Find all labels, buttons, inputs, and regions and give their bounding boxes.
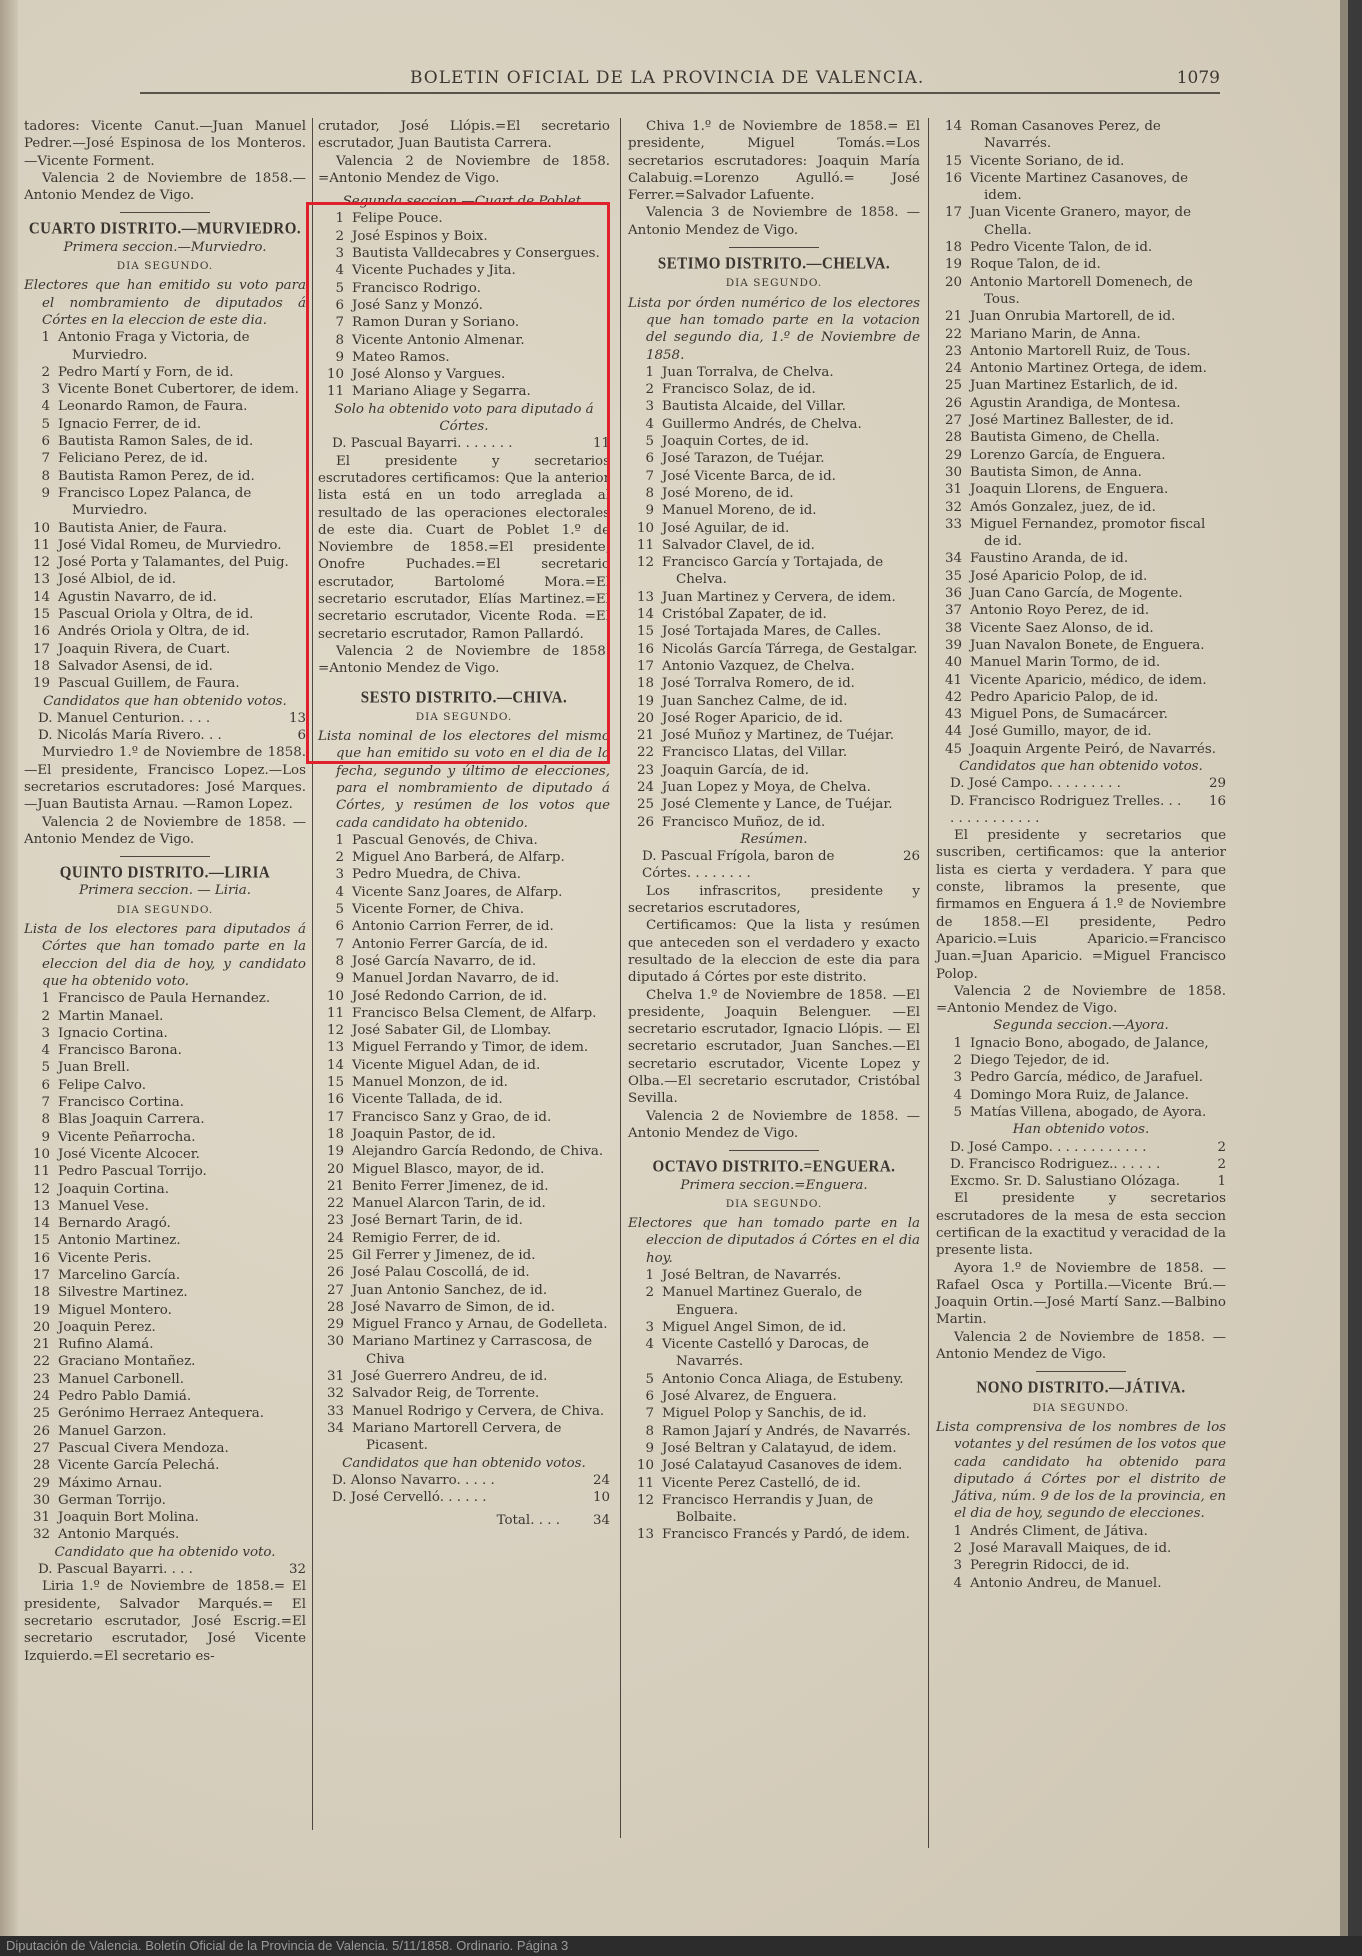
- candidate-row: D. Alonso Navarro. . . . .24: [318, 1472, 610, 1489]
- elector-number: 2: [318, 228, 352, 245]
- list-description: Lista por órden numérico de los electore…: [628, 295, 920, 364]
- elector-name: José Roger Aparicio, de id.: [662, 710, 920, 727]
- elector-entry: 26José Palau Coscollá, de id.: [318, 1264, 610, 1281]
- elector-number: 10: [24, 520, 58, 537]
- section-separator: [729, 1150, 819, 1151]
- elector-number: 43: [936, 706, 970, 723]
- column-divider: [312, 118, 313, 1830]
- elector-entry: 2Diego Tejedor, de id.: [936, 1052, 1226, 1069]
- elector-number: 18: [318, 1126, 352, 1143]
- district-title: CUARTO DISTRITO.—MURVIEDRO.: [24, 220, 306, 240]
- elector-entry: 15Manuel Monzon, de id.: [318, 1074, 610, 1091]
- elector-entry: 2Miguel Ano Barberá, de Alfarp.: [318, 849, 610, 866]
- elector-number: 11: [628, 1475, 662, 1492]
- elector-entry: 5Matías Villena, abogado, de Ayora.: [936, 1104, 1226, 1121]
- elector-entry: 26Agustin Arandiga, de Montesa.: [936, 395, 1226, 412]
- elector-name: Pedro Aparicio Palop, de id.: [970, 689, 1226, 706]
- elector-number: 8: [318, 332, 352, 349]
- elector-name: Vicente Peris.: [58, 1250, 306, 1267]
- candidate-name: Excmo. Sr. D. Salustiano Olózaga.: [950, 1173, 1186, 1190]
- elector-number: 17: [24, 641, 58, 658]
- elector-entry: 29Máximo Arnau.: [24, 1475, 306, 1492]
- elector-name: Gil Ferrer y Jimenez, de id.: [352, 1247, 610, 1264]
- elector-name: Vicente Puchades y Jita.: [352, 262, 610, 279]
- elector-entry: 18Joaquin Pastor, de id.: [318, 1126, 610, 1143]
- column-divider: [620, 118, 621, 1838]
- elector-entry: 12José Porta y Talamantes, del Puig.: [24, 554, 306, 571]
- elector-entry: 4Vicente Castelló y Darocas, de Navarrés…: [628, 1336, 920, 1371]
- candidate-votes: 32: [266, 1561, 306, 1578]
- elector-number: 19: [24, 1302, 58, 1319]
- elector-number: 30: [936, 464, 970, 481]
- elector-entry: 23Joaquin García, de id.: [628, 762, 920, 779]
- elector-entry: 32Antonio Marqués.: [24, 1526, 306, 1543]
- elector-number: 19: [628, 693, 662, 710]
- elector-number: 26: [936, 395, 970, 412]
- elector-entry: 1Felipe Pouce.: [318, 210, 610, 227]
- elector-name: José Beltran, de Navarrés.: [662, 1267, 920, 1284]
- elector-name: Pedro García, médico, de Jarafuel.: [970, 1069, 1226, 1086]
- elector-list: 1Andrés Climent, de Játiva.2José Maraval…: [936, 1523, 1226, 1592]
- closing-text: El presidente y secretarios escrutadores…: [936, 1190, 1226, 1259]
- elector-name: Lorenzo García, de Enguera.: [970, 447, 1226, 464]
- elector-number: 18: [936, 239, 970, 256]
- district-title: OCTAVO DISTRITO.=ENGUERA.: [628, 1158, 920, 1178]
- elector-entry: 3Bautista Valldecabres y Consergues.: [318, 245, 610, 262]
- elector-name: Francisco Lopez Palanca, de Murviedro.: [58, 485, 306, 520]
- elector-name: Miguel Fernandez, promotor fiscal de id.: [970, 516, 1226, 551]
- elector-number: 12: [24, 1181, 58, 1198]
- elector-name: Joaquin Llorens, de Enguera.: [970, 481, 1226, 498]
- elector-entry: 15Antonio Martinez.: [24, 1232, 306, 1249]
- day-label: DIA SEGUNDO.: [318, 709, 610, 726]
- elector-number: 14: [24, 1215, 58, 1232]
- elector-name: Pedro Pablo Damiá.: [58, 1388, 306, 1405]
- candidate-row: D. José Campo. . . . . . . . . . . .2: [936, 1139, 1226, 1156]
- elector-number: 9: [318, 349, 352, 366]
- page-header: BOLETIN OFICIAL DE LA PROVINCIA DE VALEN…: [140, 62, 1220, 94]
- elector-entry: 14Agustin Navarro, de id.: [24, 589, 306, 606]
- elector-entry: 29Miguel Franco y Arnau, de Godelleta.: [318, 1316, 610, 1333]
- section-separator: [120, 212, 210, 213]
- elector-number: 8: [628, 485, 662, 502]
- elector-number: 5: [628, 1371, 662, 1388]
- elector-name: Mateo Ramos.: [352, 349, 610, 366]
- candidate-list: D. Pascual Bayarri. . . .32: [24, 1561, 306, 1578]
- elector-number: 32: [24, 1526, 58, 1543]
- section-separator: [729, 247, 819, 248]
- elector-entry: 5Ignacio Ferrer, de id.: [24, 416, 306, 433]
- elector-number: 4: [936, 1087, 970, 1104]
- elector-number: 33: [318, 1403, 352, 1420]
- page-number: 1079: [1177, 68, 1220, 88]
- elector-name: Juan Cano García, de Mogente.: [970, 585, 1226, 602]
- elector-name: Vicente García Pelechá.: [58, 1457, 306, 1474]
- elector-number: 9: [628, 502, 662, 519]
- elector-name: Manuel Carbonell.: [58, 1371, 306, 1388]
- elector-name: Graciano Montañez.: [58, 1353, 306, 1370]
- elector-number: 35: [936, 568, 970, 585]
- elector-number: 20: [628, 710, 662, 727]
- elector-name: Joaquin Cortes, de id.: [662, 433, 920, 450]
- candidate-list: D. Pascual Bayarri. . . . . . .11: [318, 435, 610, 452]
- elector-number: 5: [318, 280, 352, 297]
- elector-entry: 10José Redondo Carrion, de id.: [318, 988, 610, 1005]
- elector-number: 8: [318, 953, 352, 970]
- elector-entry: 40Manuel Marin Tormo, de id.: [936, 654, 1226, 671]
- section-title: Primera seccion.—Murviedro.: [24, 239, 306, 256]
- elector-name: Antonio Carrion Ferrer, de id.: [352, 918, 610, 935]
- elector-entry: 21Benito Ferrer Jimenez, de id.: [318, 1178, 610, 1195]
- signature: Valencia 2 de Noviembre de 1858.— Antoni…: [24, 170, 306, 205]
- elector-entry: 36Juan Cano García, de Mogente.: [936, 585, 1226, 602]
- elector-name: Vicente Sanz Joares, de Alfarp.: [352, 884, 610, 901]
- elector-number: 10: [318, 366, 352, 383]
- candidate-name: D. Manuel Centurion. . . .: [38, 710, 266, 727]
- elector-name: Manuel Alarcon Tarin, de id.: [352, 1195, 610, 1212]
- list-description: Electores que han tomado parte en la ele…: [628, 1215, 920, 1267]
- elector-entry: 18José Torralva Romero, de id.: [628, 675, 920, 692]
- elector-number: 25: [936, 377, 970, 394]
- elector-number: 5: [628, 433, 662, 450]
- elector-number: 42: [936, 689, 970, 706]
- candidate-row: D. Pascual Frígola, baron de Córtes. . .…: [628, 848, 920, 883]
- elector-name: Mariano Aliage y Segarra.: [352, 383, 610, 400]
- elector-name: Miguel Franco y Arnau, de Godelleta.: [352, 1316, 610, 1333]
- elector-name: Antonio Marqués.: [58, 1526, 306, 1543]
- elector-name: German Torrijo.: [58, 1492, 306, 1509]
- candidate-votes: 26: [880, 848, 920, 883]
- elector-number: 20: [318, 1161, 352, 1178]
- elector-entry: 42Pedro Aparicio Palop, de id.: [936, 689, 1226, 706]
- signature: Valencia 3 de Noviembre de 1858. —Antoni…: [628, 204, 920, 239]
- elector-entry: 32Amós Gonzalez, juez, de id.: [936, 499, 1226, 516]
- elector-name: José Navarro de Simon, de id.: [352, 1299, 610, 1316]
- elector-entry: 1Ignacio Bono, abogado, de Jalance,: [936, 1035, 1226, 1052]
- elector-entry: 3Pedro García, médico, de Jarafuel.: [936, 1069, 1226, 1086]
- elector-entry: 30Bautista Simon, de Anna.: [936, 464, 1226, 481]
- elector-number: 1: [24, 990, 58, 1007]
- elector-entry: 27José Martinez Ballester, de id.: [936, 412, 1226, 429]
- list-description: Electores que han emitido su voto para e…: [24, 277, 306, 329]
- elector-number: 18: [24, 658, 58, 675]
- elector-name: Bautista Gimeno, de Chella.: [970, 429, 1226, 446]
- elector-entry: 3Peregrin Ridocci, de id.: [936, 1557, 1226, 1574]
- elector-name: José Vicente Barca, de id.: [662, 468, 920, 485]
- elector-entry: 1José Beltran, de Navarrés.: [628, 1267, 920, 1284]
- elector-number: 29: [24, 1475, 58, 1492]
- elector-number: 4: [24, 398, 58, 415]
- elector-number: 17: [628, 658, 662, 675]
- elector-name: Ignacio Cortina.: [58, 1025, 306, 1042]
- elector-number: 31: [318, 1368, 352, 1385]
- column-divider: [928, 118, 929, 1848]
- elector-number: 14: [24, 589, 58, 606]
- elector-name: Juan Sanchez Calme, de id.: [662, 693, 920, 710]
- elector-number: 17: [24, 1267, 58, 1284]
- elector-number: 7: [318, 936, 352, 953]
- elector-name: Juan Martinez Estarlich, de id.: [970, 377, 1226, 394]
- elector-number: 8: [628, 1423, 662, 1440]
- elector-entry: 19Miguel Montero.: [24, 1302, 306, 1319]
- elector-entry: 9Vicente Peñarrocha.: [24, 1129, 306, 1146]
- elector-name: José Porta y Talamantes, del Puig.: [58, 554, 306, 571]
- elector-entry: 17Francisco Sanz y Grao, de id.: [318, 1109, 610, 1126]
- candidates-label: Candidatos que han obtenido votos.: [936, 758, 1226, 775]
- elector-entry: 16Vicente Martinez Casanoves, de idem.: [936, 170, 1226, 205]
- elector-name: Salvador Asensi, de id.: [58, 658, 306, 675]
- elector-number: 4: [24, 1042, 58, 1059]
- elector-entry: 12Joaquin Cortina.: [24, 1181, 306, 1198]
- elector-name: Francisco Muñoz, de id.: [662, 814, 920, 831]
- elector-number: 3: [936, 1557, 970, 1574]
- elector-entry: 9José Beltran y Calatayud, de idem.: [628, 1440, 920, 1457]
- elector-entry: 15Pascual Oriola y Oltra, de id.: [24, 606, 306, 623]
- elector-name: Vicente Aparicio, médico, de idem.: [970, 672, 1226, 689]
- elector-number: 39: [936, 637, 970, 654]
- elector-name: Martin Manael.: [58, 1008, 306, 1025]
- elector-entry: 5Joaquin Cortes, de id.: [628, 433, 920, 450]
- elector-number: 6: [628, 450, 662, 467]
- elector-number: 32: [936, 499, 970, 516]
- elector-name: Joaquin Rivera, de Cuart.: [58, 641, 306, 658]
- elector-name: Benito Ferrer Jimenez, de id.: [352, 1178, 610, 1195]
- elector-name: Bautista Simon, de Anna.: [970, 464, 1226, 481]
- elector-number: 28: [318, 1299, 352, 1316]
- elector-number: 1: [936, 1035, 970, 1052]
- elector-name: Agustin Navarro, de id.: [58, 589, 306, 606]
- elector-name: Mariano Martorell Cervera, de Picasent.: [352, 1420, 610, 1455]
- elector-name: José Maravall Maiques, de id.: [970, 1540, 1226, 1557]
- elector-name: Vicente Peñarrocha.: [58, 1129, 306, 1146]
- candidate-row: D. Francisco Rodriguez.. . . . . .2: [936, 1156, 1226, 1173]
- continued-text: crutador, José Llópis.=El secretario esc…: [318, 118, 610, 153]
- elector-entry: 1Francisco de Paula Hernandez.: [24, 990, 306, 1007]
- elector-name: Antonio Fraga y Victoria, de Murviedro.: [58, 329, 306, 364]
- elector-name: Joaquin García, de id.: [662, 762, 920, 779]
- elector-entry: 3Vicente Bonet Cubertorer, de idem.: [24, 381, 306, 398]
- elector-number: 22: [936, 326, 970, 343]
- elector-entry: 34Faustino Aranda, de id.: [936, 550, 1226, 567]
- elector-number: 16: [628, 641, 662, 658]
- elector-name: Miguel Ferrando y Timor, de idem.: [352, 1039, 610, 1056]
- elector-name: Faustino Aranda, de id.: [970, 550, 1226, 567]
- elector-name: Máximo Arnau.: [58, 1475, 306, 1492]
- closing-text: Liria 1.º de Noviembre de 1858.= El pres…: [24, 1578, 306, 1664]
- elector-name: Juan Vicente Granero, mayor, de Chella.: [970, 204, 1226, 239]
- elector-number: 13: [628, 589, 662, 606]
- elector-name: Vicente Tallada, de id.: [352, 1091, 610, 1108]
- elector-entry: 22Manuel Alarcon Tarin, de id.: [318, 1195, 610, 1212]
- elector-list: 14Roman Casanoves Perez, de Navarrés.15V…: [936, 118, 1226, 758]
- elector-number: 31: [24, 1509, 58, 1526]
- elector-name: Francisco Barona.: [58, 1042, 306, 1059]
- elector-name: Andrés Climent, de Játiva.: [970, 1523, 1226, 1540]
- elector-entry: 45Joaquin Argente Peiró, de Navarrés.: [936, 741, 1226, 758]
- elector-number: 6: [24, 1077, 58, 1094]
- candidates-label: Candidato que ha obtenido voto.: [24, 1544, 306, 1561]
- elector-entry: 18Pedro Vicente Talon, de id.: [936, 239, 1226, 256]
- elector-number: 3: [936, 1069, 970, 1086]
- elector-name: José Alonso y Vargues.: [352, 366, 610, 383]
- elector-name: Pascual Civera Mendoza.: [58, 1440, 306, 1457]
- elector-name: Antonio Conca Aliaga, de Estubeny.: [662, 1371, 920, 1388]
- elector-number: 27: [24, 1440, 58, 1457]
- elector-entry: 23José Bernart Tarin, de id.: [318, 1212, 610, 1229]
- total-row: Total. . . . 34: [318, 1512, 610, 1529]
- elector-name: Antonio Martorell Domenech, de Tous.: [970, 274, 1226, 309]
- day-label: DIA SEGUNDO.: [24, 258, 306, 275]
- elector-name: Manuel Moreno, de id.: [662, 502, 920, 519]
- elector-number: 20: [936, 274, 970, 309]
- elector-number: 12: [24, 554, 58, 571]
- signature: Valencia 2 de Noviembre de 1858. —Antoni…: [24, 814, 306, 849]
- candidates-label: Solo ha obtenido voto para diputado á Có…: [318, 401, 610, 436]
- elector-name: José Torralva Romero, de id.: [662, 675, 920, 692]
- district-title: NONO DISTRITO.—JÁTIVA.: [936, 1379, 1226, 1399]
- elector-number: 10: [628, 1457, 662, 1474]
- elector-name: José García Navarro, de id.: [352, 953, 610, 970]
- elector-entry: 8Vicente Antonio Almenar.: [318, 332, 610, 349]
- elector-entry: 9Manuel Moreno, de id.: [628, 502, 920, 519]
- elector-number: 6: [24, 433, 58, 450]
- elector-number: 3: [628, 1319, 662, 1336]
- elector-entry: 9Manuel Jordan Navarro, de id.: [318, 970, 610, 987]
- elector-number: 5: [24, 416, 58, 433]
- elector-entry: 31Joaquin Bort Molina.: [24, 1509, 306, 1526]
- elector-number: 11: [24, 1163, 58, 1180]
- elector-entry: 2José Maravall Maiques, de id.: [936, 1540, 1226, 1557]
- elector-name: Bautista Ramon Perez, de id.: [58, 468, 306, 485]
- elector-number: 16: [24, 1250, 58, 1267]
- elector-entry: 5Antonio Conca Aliaga, de Estubeny.: [628, 1371, 920, 1388]
- candidate-row: D. Pascual Bayarri. . . . . . .11: [318, 435, 610, 452]
- elector-name: Pedro Martí y Forn, de id.: [58, 364, 306, 381]
- elector-name: Vicente Forner, de Chiva.: [352, 901, 610, 918]
- district-title: QUINTO DISTRITO.—LIRIA: [24, 864, 306, 884]
- elector-entry: 3Ignacio Cortina.: [24, 1025, 306, 1042]
- archive-caption: Diputación de Valencia. Boletín Oficial …: [0, 1936, 1362, 1956]
- elector-name: Roman Casanoves Perez, de Navarrés.: [970, 118, 1226, 153]
- bulletin-title: BOLETIN OFICIAL DE LA PROVINCIA DE VALEN…: [410, 68, 924, 88]
- elector-entry: 28José Navarro de Simon, de id.: [318, 1299, 610, 1316]
- elector-number: 29: [318, 1316, 352, 1333]
- elector-name: Antonio Andreu, de Manuel.: [970, 1575, 1226, 1592]
- elector-list: 1Felipe Pouce.2José Espinos y Boix.3Baut…: [318, 210, 610, 400]
- elector-name: Alejandro García Redondo, de Chiva.: [352, 1143, 610, 1160]
- elector-entry: 12José Sabater Gil, de Llombay.: [318, 1022, 610, 1039]
- elector-entry: 7Francisco Cortina.: [24, 1094, 306, 1111]
- elector-name: José Calatayud Casanoves de idem.: [662, 1457, 920, 1474]
- elector-entry: 18Salvador Asensi, de id.: [24, 658, 306, 675]
- elector-entry: 23Manuel Carbonell.: [24, 1371, 306, 1388]
- elector-name: Joaquin Cortina.: [58, 1181, 306, 1198]
- elector-entry: 20Joaquin Perez.: [24, 1319, 306, 1336]
- candidate-votes: 6: [266, 727, 306, 744]
- elector-number: 3: [318, 866, 352, 883]
- elector-number: 21: [936, 308, 970, 325]
- elector-entry: 25Gerónimo Herraez Antequera.: [24, 1405, 306, 1422]
- elector-number: 27: [936, 412, 970, 429]
- elector-number: 12: [628, 554, 662, 589]
- elector-name: Diego Tejedor, de id.: [970, 1052, 1226, 1069]
- day-label: DIA SEGUNDO.: [936, 1400, 1226, 1417]
- elector-list: 1José Beltran, de Navarrés.2Manuel Marti…: [628, 1267, 920, 1544]
- elector-number: 7: [24, 1094, 58, 1111]
- elector-entry: 3Miguel Angel Simon, de id.: [628, 1319, 920, 1336]
- elector-name: Felipe Pouce.: [352, 210, 610, 227]
- elector-number: 18: [628, 675, 662, 692]
- column-2: crutador, José Llópis.=El secretario esc…: [318, 118, 610, 1530]
- elector-entry: 23Antonio Martorell Ruiz, de Tous.: [936, 343, 1226, 360]
- elector-entry: 1Antonio Fraga y Victoria, de Murviedro.: [24, 329, 306, 364]
- elector-entry: 31José Guerrero Andreu, de id.: [318, 1368, 610, 1385]
- elector-name: Vicente Bonet Cubertorer, de idem.: [58, 381, 306, 398]
- candidate-votes: 2: [1186, 1156, 1226, 1173]
- candidate-name: D. Pascual Bayarri. . . .: [38, 1561, 266, 1578]
- district-title: SETIMO DISTRITO.—CHELVA.: [628, 255, 920, 275]
- elector-number: 15: [628, 623, 662, 640]
- candidate-name: D. Francisco Rodriguez Trelles. . . . . …: [950, 793, 1186, 828]
- elector-entry: 16Vicente Tallada, de id.: [318, 1091, 610, 1108]
- elector-name: José Clemente y Lance, de Tuéjar.: [662, 796, 920, 813]
- candidate-votes: 1: [1186, 1173, 1226, 1190]
- elector-entry: 17Marcelino García.: [24, 1267, 306, 1284]
- elector-entry: 17Joaquin Rivera, de Cuart.: [24, 641, 306, 658]
- elector-entry: 12Francisco García y Tortajada, de Chelv…: [628, 554, 920, 589]
- elector-number: 4: [936, 1575, 970, 1592]
- elector-number: 19: [318, 1143, 352, 1160]
- elector-name: Francisco García y Tortajada, de Chelva.: [662, 554, 920, 589]
- elector-number: 7: [628, 468, 662, 485]
- elector-number: 13: [628, 1526, 662, 1543]
- elector-entry: 28Bautista Gimeno, de Chella.: [936, 429, 1226, 446]
- elector-number: 14: [936, 118, 970, 153]
- elector-name: Antonio Ferrer García, de id.: [352, 936, 610, 953]
- elector-number: 21: [318, 1178, 352, 1195]
- elector-number: 13: [318, 1039, 352, 1056]
- elector-entry: 16Vicente Peris.: [24, 1250, 306, 1267]
- elector-name: Silvestre Martinez.: [58, 1284, 306, 1301]
- elector-number: 21: [628, 727, 662, 744]
- elector-entry: 11Pedro Pascual Torrijo.: [24, 1163, 306, 1180]
- elector-number: 4: [628, 1336, 662, 1371]
- elector-entry: 14Roman Casanoves Perez, de Navarrés.: [936, 118, 1226, 153]
- elector-name: Juan Lopez y Moya, de Chelva.: [662, 779, 920, 796]
- elector-name: Vicente Antonio Almenar.: [352, 332, 610, 349]
- elector-entry: 20José Roger Aparicio, de id.: [628, 710, 920, 727]
- elector-number: 1: [318, 832, 352, 849]
- elector-list: 1Francisco de Paula Hernandez.2Martin Ma…: [24, 990, 306, 1544]
- elector-entry: 13Manuel Vese.: [24, 1198, 306, 1215]
- elector-number: 40: [936, 654, 970, 671]
- elector-number: 3: [24, 1025, 58, 1042]
- elector-name: Manuel Monzon, de id.: [352, 1074, 610, 1091]
- elector-name: José Vicente Alcocer.: [58, 1146, 306, 1163]
- elector-name: Miguel Angel Simon, de id.: [662, 1319, 920, 1336]
- elector-entry: 16Andrés Oriola y Oltra, de id.: [24, 623, 306, 640]
- elector-name: Antonio Martinez.: [58, 1232, 306, 1249]
- elector-entry: 1Andrés Climent, de Játiva.: [936, 1523, 1226, 1540]
- elector-entry: 11Vicente Perez Castelló, de id.: [628, 1475, 920, 1492]
- elector-number: 23: [936, 343, 970, 360]
- elector-number: 15: [936, 153, 970, 170]
- elector-number: 6: [318, 918, 352, 935]
- elector-name: Vicente Perez Castelló, de id.: [662, 1475, 920, 1492]
- elector-entry: 4Vicente Puchades y Jita.: [318, 262, 610, 279]
- elector-name: Francisco Cortina.: [58, 1094, 306, 1111]
- candidate-row: D. José Campo. . . . . . . . .29: [936, 775, 1226, 792]
